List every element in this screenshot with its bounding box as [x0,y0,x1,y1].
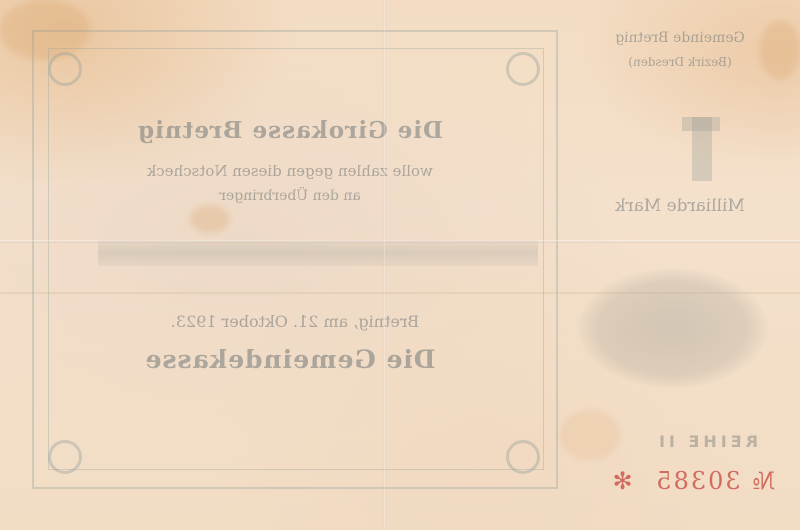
serial-value: 30385 [654,467,740,495]
eagle-seal-icon [578,268,768,388]
issuer-district: (Bezirk Dresden) [590,55,770,69]
issuer-signature-line: Die Gemeindekasse [80,345,500,374]
banknote: Die Girokasse Bretnig wolle zahlen gegen… [0,0,800,530]
issuer-name: Gemeinde Bretnig [580,30,780,46]
denomination-numeral [682,117,720,181]
denomination-text: Milliarde Mark [580,196,780,216]
serial-prefix: № [750,467,775,495]
series-label: REIHE II [655,432,758,451]
corner-ornament-icon [506,440,540,474]
corner-ornament-icon [48,440,82,474]
amount-band [98,240,538,266]
asterisk-icon: ✻ [611,467,633,495]
corner-ornament-icon [506,52,540,86]
issue-date: Bretnig, am 21. Oktober 1923. [80,312,510,331]
fold-line [0,292,800,294]
fold-line [383,0,386,530]
corner-ornament-icon [48,52,82,86]
serial-number: № 30385 ✻ [611,467,775,495]
bearer-text: an den Überbringer [80,188,500,204]
payment-order-text: wolle zahlen gegen diesen Notscheck [80,162,500,180]
note-title: Die Girokasse Bretnig [80,117,500,144]
show-through-layer: Die Girokasse Bretnig wolle zahlen gegen… [0,0,800,530]
fold-line [0,240,800,243]
